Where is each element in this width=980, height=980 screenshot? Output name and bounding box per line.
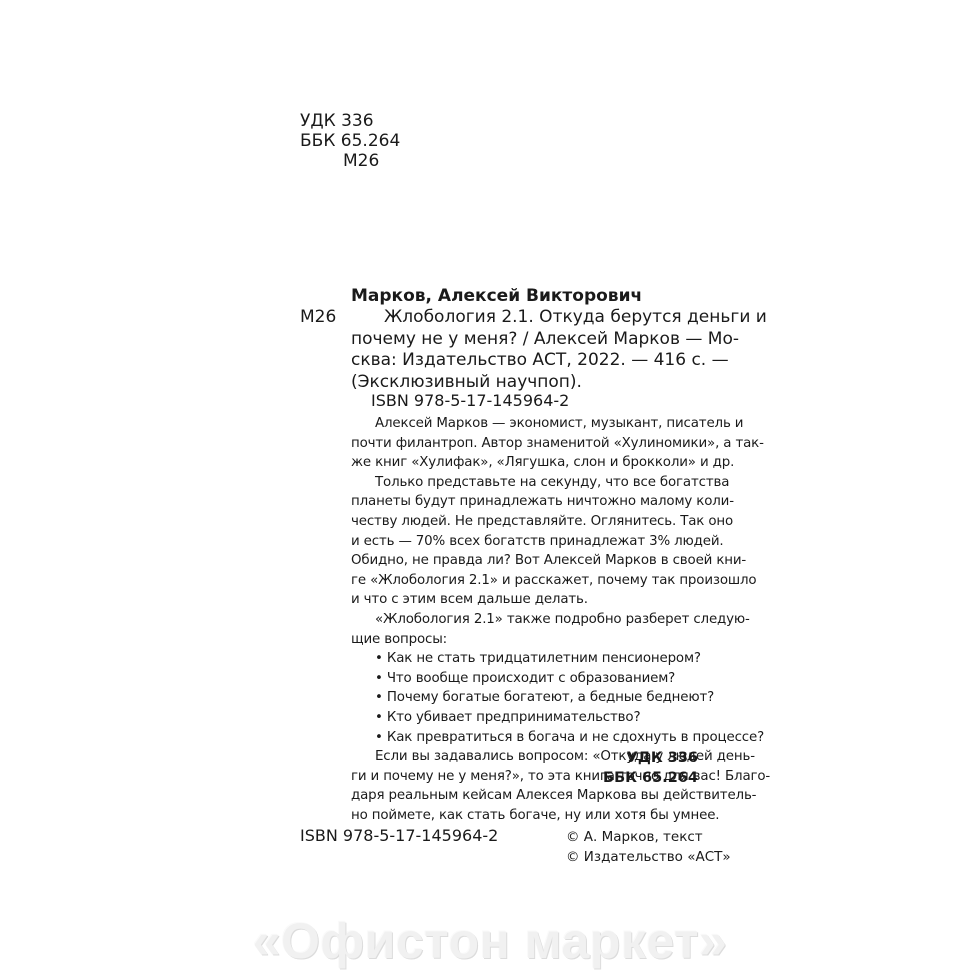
footer-classification: УДК 336 ББК 65.264 xyxy=(600,748,698,788)
annotation-line: ге «Жлобология 2.1» и расскажет, почему … xyxy=(351,571,698,591)
biblio-line: почему не у меня? / Алексей Марков — Мо- xyxy=(351,329,698,351)
footer-bbk: ББК 65.264 xyxy=(600,768,698,788)
entry-author-mark: М26 xyxy=(300,307,336,327)
biblio-line: сква: Издательство АСТ, 2022. — 416 с. — xyxy=(351,350,698,372)
author-name: Марков, Алексей Викторович xyxy=(351,286,642,306)
annotation-line: и что с этим всем дальше делать. xyxy=(351,590,698,610)
bullet-item: Кто убивает предпринимательство? xyxy=(351,708,698,728)
annotation-line: но поймете, как стать богаче, ну или хот… xyxy=(351,806,698,826)
classification-codes: УДК 336 ББК 65.264 М26 xyxy=(300,111,400,171)
annotation-line: же книг «Хулифак», «Лягушка, слон и брок… xyxy=(351,453,698,473)
biblio-line: Жлобология 2.1. Откуда берутся деньги и xyxy=(351,307,698,329)
annotation-line: Алексей Марков — экономист, музыкант, пи… xyxy=(351,414,698,434)
annotation-line: Только представьте на секунду, что все б… xyxy=(351,473,698,493)
bbk-code: ББК 65.264 xyxy=(300,131,400,151)
biblio-line: (Эксклюзивный научпоп). xyxy=(351,372,698,394)
bullet-item: Как не стать тридцатилетним пенсионером? xyxy=(351,649,698,669)
author-mark: М26 xyxy=(300,151,400,171)
copyright-block: © А. Марков, текст © Издательство «АСТ» xyxy=(566,828,731,867)
entry-isbn: ISBN 978-5-17-145964-2 xyxy=(371,391,569,410)
bibliographic-description: Жлобология 2.1. Откуда берутся деньги и … xyxy=(351,307,698,393)
annotation-line: «Жлобология 2.1» также подробно разберет… xyxy=(351,610,698,630)
annotation-line: Обидно, не правда ли? Вот Алексей Марков… xyxy=(351,551,698,571)
annotation-line: планеты будут принадлежать ничтожно мало… xyxy=(351,492,698,512)
bullet-item: Почему богатые богатеют, а бедные беднею… xyxy=(351,688,698,708)
annotation-line: щие вопросы: xyxy=(351,630,698,650)
annotation-line: даря реальным кейсам Алексея Маркова вы … xyxy=(351,786,698,806)
bottom-isbn: ISBN 978-5-17-145964-2 xyxy=(300,826,498,845)
bullet-item: Что вообще происходит с образованием? xyxy=(351,669,698,689)
copyright-publisher: © Издательство «АСТ» xyxy=(566,848,731,868)
annotation-line: почти филантроп. Автор знаменитой «Хулин… xyxy=(351,434,698,454)
bullet-item: Как превратиться в богача и не сдохнуть … xyxy=(351,728,698,748)
annotation-line: и есть — 70% всех богатств принадлежат 3… xyxy=(351,532,698,552)
copyright-author: © А. Марков, текст xyxy=(566,828,731,848)
watermark: «Офистон маркет» xyxy=(0,912,980,970)
annotation-line: честву людей. Не представляйте. Огляните… xyxy=(351,512,698,532)
footer-udk: УДК 336 xyxy=(600,748,698,768)
udk-code: УДК 336 xyxy=(300,111,400,131)
